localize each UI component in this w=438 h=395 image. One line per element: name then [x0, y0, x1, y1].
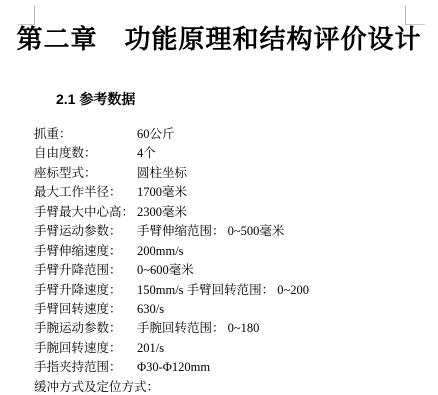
param-row-finger-grip-range: 手指夹持范围： Φ30-Φ120mm	[34, 359, 434, 378]
param-label: 手指夹持范围：	[34, 359, 137, 375]
param-label: 手臂升降速度：	[34, 282, 137, 298]
param-value: 圆柱坐标	[137, 165, 187, 181]
param-value: 1700毫米	[137, 184, 187, 200]
param-label: 座标型式：	[34, 165, 137, 181]
param-row-degrees-of-freedom: 自由度数： 4个	[34, 145, 434, 164]
param-row-coordinate-type: 座标型式： 圆柱坐标	[34, 165, 434, 184]
param-label: 手臂运动参数：	[34, 223, 137, 239]
param-value: 手腕回转范围： 0~180	[137, 320, 259, 336]
chapter-title: 第二章 功能原理和结构评价设计	[0, 24, 438, 56]
param-row-max-working-radius: 最大工作半径： 1700毫米	[34, 184, 434, 203]
param-label: 最大工作半径：	[34, 184, 137, 200]
param-row-arm-extension-speed: 手臂伸缩速度： 200mm/s	[34, 243, 434, 262]
document-page[interactable]: 第二章 功能原理和结构评价设计 2.1 参考数据 抓重： 60公斤 自由度数： …	[0, 0, 438, 395]
parameter-list: 抓重： 60公斤 自由度数： 4个 座标型式： 圆柱坐标 最大工作半径： 170…	[34, 126, 434, 395]
param-label: 抓重：	[34, 126, 137, 142]
text-boundary-mark-top-right	[405, 5, 425, 25]
param-value: 150mm/s 手臂回转范围： 0~200	[137, 282, 309, 298]
param-value: 手臂伸缩范围： 0~500毫米	[137, 223, 284, 239]
param-row-arm-rotation-speed: 手臂回转速度： 630/s	[34, 301, 434, 320]
param-label: 手腕回转速度：	[34, 340, 137, 356]
section-heading: 2.1 参考数据	[56, 90, 135, 108]
param-value: 2300毫米	[137, 204, 187, 220]
param-value: 4个	[137, 145, 156, 161]
param-label: 手臂升降范围：	[34, 262, 137, 278]
param-row-arm-lift-range: 手臂升降范围： 0~600毫米	[34, 262, 434, 281]
param-row-wrist-rotation-speed: 手腕回转速度： 201/s	[34, 340, 434, 359]
param-value: 201/s	[137, 340, 164, 356]
param-label: 缓冲方式及定位方式：	[34, 379, 159, 395]
param-row-arm-motion-params: 手臂运动参数： 手臂伸缩范围： 0~500毫米	[34, 223, 434, 242]
param-row-arm-lift-speed: 手臂升降速度： 150mm/s 手臂回转范围： 0~200	[34, 282, 434, 301]
param-label: 手腕运动参数：	[34, 320, 137, 336]
param-row-wrist-motion-params: 手腕运动参数： 手腕回转范围： 0~180	[34, 320, 434, 339]
param-row-buffer-positioning: 缓冲方式及定位方式：	[34, 379, 434, 395]
param-label: 手臂伸缩速度：	[34, 243, 137, 259]
param-value: Φ30-Φ120mm	[137, 359, 210, 375]
text-boundary-mark-top-left	[18, 5, 35, 25]
param-row-grab-weight: 抓重： 60公斤	[34, 126, 434, 145]
param-label: 自由度数：	[34, 145, 137, 161]
param-label: 手臂回转速度：	[34, 301, 137, 317]
param-value: 0~600毫米	[137, 262, 194, 278]
param-row-max-center-height: 手臂最大中心高： 2300毫米	[34, 204, 434, 223]
param-value: 630/s	[137, 301, 164, 317]
param-label: 手臂最大中心高：	[34, 204, 137, 220]
param-value: 60公斤	[137, 126, 175, 142]
param-value: 200mm/s	[137, 243, 184, 259]
